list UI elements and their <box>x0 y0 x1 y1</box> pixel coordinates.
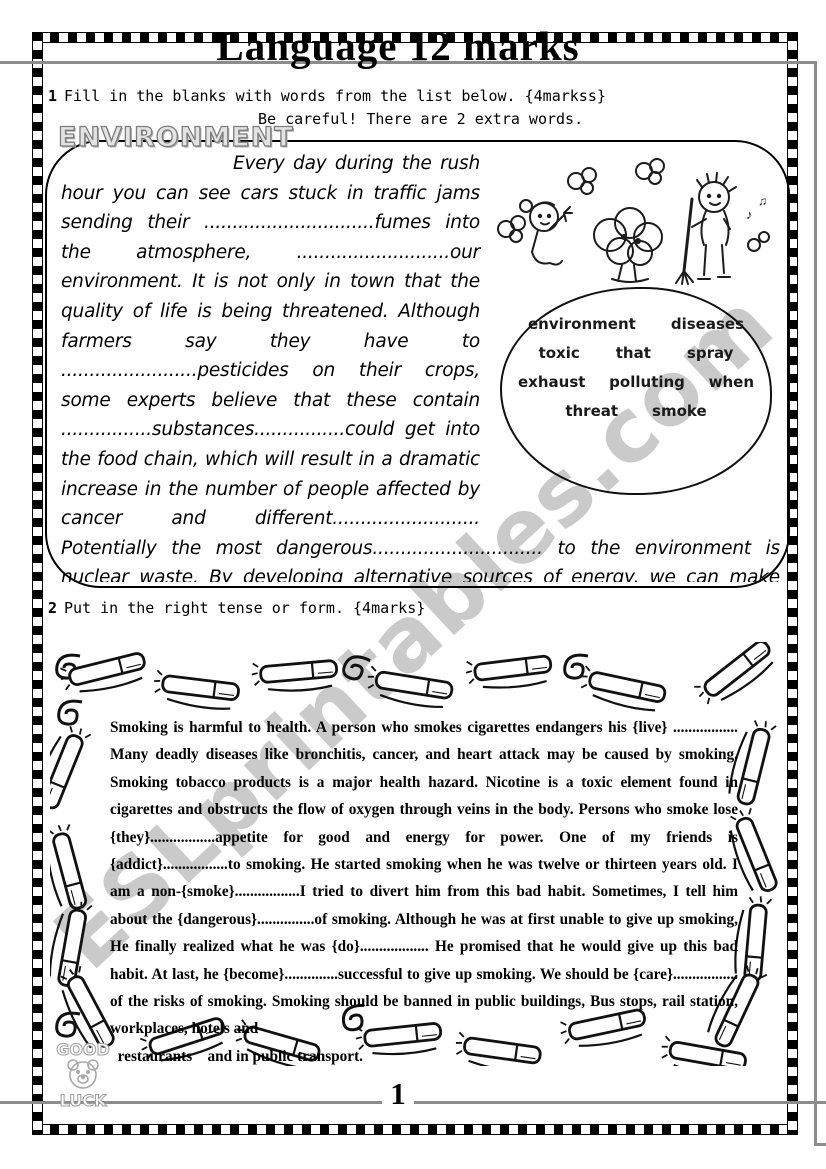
wordlist-row: toxic that spray <box>516 344 756 362</box>
bush-illustration <box>594 208 662 282</box>
exercise2-frame: Smoking is harmful to health. A person w… <box>50 642 792 1066</box>
wordlist-item: toxic <box>539 344 580 362</box>
exercise2-passage-last-line: restaurants and in public transport. <box>110 1043 738 1070</box>
exercise1-warning: Be careful! There are 2 extra words. <box>258 110 583 128</box>
worksheet-page: ESLprintables.com Language 12 marks 1Fil… <box>0 0 826 1169</box>
exercise2-instruction: 2Put in the right tense or form. {4marks… <box>48 599 425 617</box>
exercise2-passage: Smoking is harmful to health. A person w… <box>110 714 738 1043</box>
exercise1-flow: ♪ ♫ environment diseases toxic that <box>61 149 780 582</box>
kids-illustration: ♪ ♫ <box>492 157 774 293</box>
puff-cloud-icon <box>568 168 596 194</box>
puff-cloud-icon <box>748 232 769 251</box>
puff-cloud-icon <box>498 216 525 242</box>
wordlist-item: spray <box>687 344 734 362</box>
dashed-border-left <box>32 32 43 1135</box>
girl-figure <box>520 200 572 265</box>
wordlist-row: threat smoke <box>516 402 756 420</box>
gray-rule-right <box>814 61 817 1146</box>
page-content: Language 12 marks 1Fill in the blanks wi… <box>0 0 826 1169</box>
exercise2-number: 2 <box>48 599 57 617</box>
gray-rule-corner-stub <box>814 1143 826 1146</box>
page-title: Language 12 marks <box>0 22 796 70</box>
music-note-icon: ♫ <box>758 194 767 208</box>
exercise1-artwork: ♪ ♫ environment diseases toxic that <box>488 149 780 501</box>
wordlist-item: exhaust <box>518 373 585 391</box>
wordlist-row: exhaust polluting when <box>516 373 756 391</box>
wordlist-item: when <box>709 373 754 391</box>
page-number-value: 1 <box>382 1076 414 1112</box>
wordlist-item: polluting <box>609 373 685 391</box>
wordlist-item: diseases <box>671 315 744 333</box>
wordlist-item: threat <box>565 402 618 420</box>
wordlist-row: environment diseases <box>516 315 756 333</box>
puff-cloud-icon <box>636 159 664 184</box>
music-note-icon: ♪ <box>746 207 753 222</box>
page-number: 1 <box>0 1076 796 1112</box>
goodluck-word-top: GOOD <box>40 1042 126 1057</box>
exercise2-instruction-text: Put in the right tense or form. {4marks} <box>64 599 425 617</box>
wordlist-item: that <box>616 344 651 362</box>
dashed-border-bottom <box>32 1124 798 1135</box>
globe-wordlist: environment diseases toxic that spray ex… <box>500 287 772 495</box>
exercise1-instruction-text: Fill in the blanks with words from the l… <box>64 87 606 105</box>
exercise2-passage-block: Smoking is harmful to health. A person w… <box>110 714 738 1070</box>
exercise1-box: ♪ ♫ environment diseases toxic that <box>45 140 790 588</box>
wordlist-item: environment <box>528 315 636 333</box>
boy-figure <box>676 173 736 284</box>
exercise1-instruction: 1Fill in the blanks with words from the … <box>48 87 606 105</box>
exercise1-number: 1 <box>48 87 57 105</box>
wordlist-item: smoke <box>652 402 707 420</box>
environment-wordart: ENVIRONMENT <box>58 122 294 153</box>
